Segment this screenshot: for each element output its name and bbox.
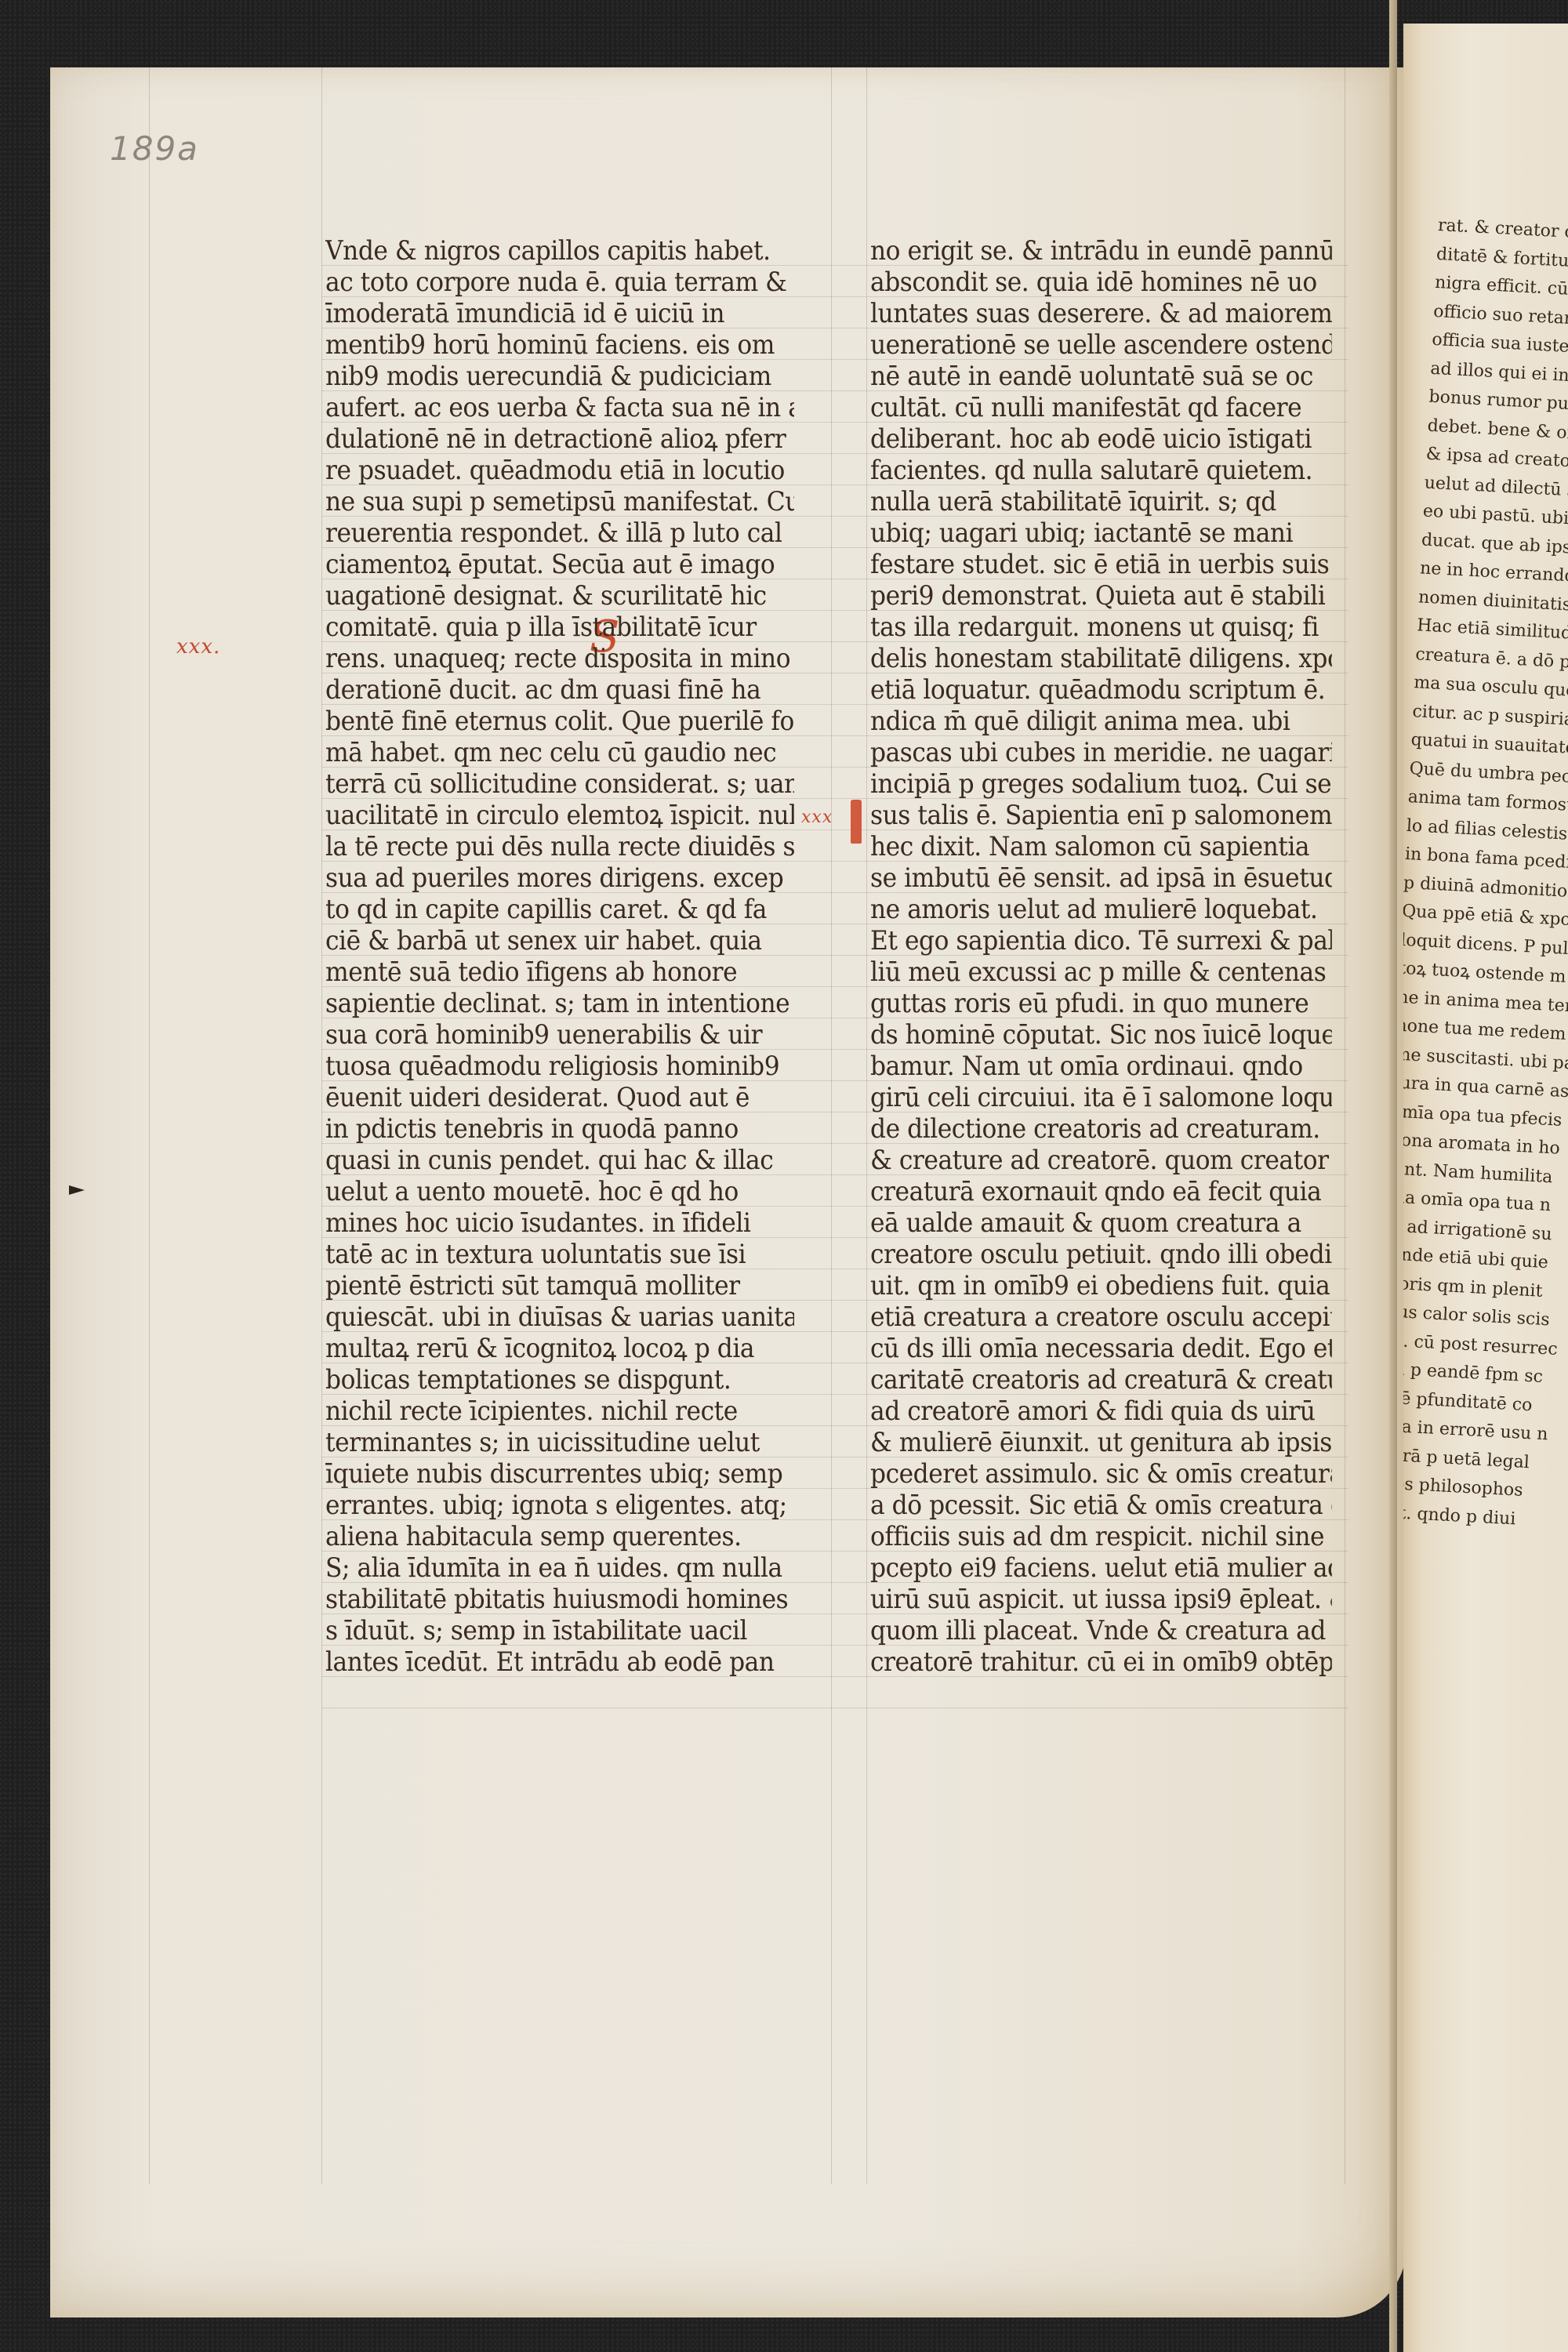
text-line: tatē ac in textura uoluntatis sue īsi <box>325 1239 794 1270</box>
text-line: bentē finē eternus colit. Que puerilē fo… <box>325 706 794 737</box>
text-line: creatorē trahitur. cū ei in omīb9 obtēpe <box>870 1646 1332 1678</box>
ruling-line <box>321 1708 1348 1708</box>
text-line: incipiā p greges sodalium tuoꝝ. Cui sen <box>870 768 1332 800</box>
text-line: cultāt. cū nulli manifestāt qd facere <box>870 392 1332 423</box>
text-line: abscondit se. quia idē homines nē uo <box>870 267 1332 298</box>
text-line: lantes īcedūt. Et intrādu ab eodē pan <box>325 1646 794 1678</box>
text-line: aufert. ac eos uerba & facta sua nē in a <box>325 392 794 423</box>
text-line: mines hoc uicio īsudantes. in īfideli <box>325 1207 794 1239</box>
text-line: comitatē. quia p illa īstabilitatē īcur <box>325 612 794 643</box>
margin-chapter-marker: xxx. <box>176 635 220 659</box>
text-line: se imbutū ēē sensit. ad ipsā in ēsuetudi <box>870 862 1332 894</box>
text-line: errantes. ubiq; ignota s eligentes. atq; <box>325 1490 794 1521</box>
text-line: & creature ad creatorē. quom creator <box>870 1145 1332 1176</box>
text-line: peri9 demonstrat. Quieta aut ē stabili <box>870 580 1332 612</box>
text-line: ne amoris uelut ad mulierē loquebat. <box>870 894 1332 925</box>
text-line: caritatē creatoris ad creaturā & creatur… <box>870 1364 1332 1396</box>
text-line: stabilitatē pbitatis huiusmodi homines <box>325 1584 794 1615</box>
ruling-line-col-b-left <box>866 67 867 2184</box>
text-line: mentib9 horū hominū faciens. eis om <box>325 329 794 361</box>
text-line: ac toto corpore nuda ē. quia terram & <box>325 267 794 298</box>
text-line: creatore osculu petiuit. qndo illi obedi <box>870 1239 1332 1270</box>
text-line: to qd in capite capillis caret. & qd fa <box>325 894 794 925</box>
text-line: guttas roris eū pfudi. in quo munere <box>870 988 1332 1019</box>
text-line: tas illa redarguit. monens ut quisq; fi <box>870 612 1332 643</box>
text-line: nib9 modis uerecundiā & pudiciciam <box>325 361 794 392</box>
text-line: in pdictis tenebris in quodā panno <box>325 1113 794 1145</box>
text-line: mā habet. qm nec celu cū gaudio nec <box>325 737 794 768</box>
text-column-b: no erigit se. & intrādu in eundē pannūab… <box>870 235 1372 1678</box>
text-line: girū celi circuiui. ita ē ī salomone loq… <box>870 1082 1332 1113</box>
margin-pointer-mark <box>69 1185 85 1195</box>
text-line: nē autē in eandē uoluntatē suā se oc <box>870 361 1332 392</box>
text-line: pientē ēstricti sūt tamquā molliter <box>325 1270 794 1301</box>
text-line: re psuadet. quēadmodu etiā in locutio <box>325 455 794 486</box>
text-line: & mulierē ēiunxit. ut genitura ab ipsis <box>870 1427 1332 1458</box>
text-line: sua corā hominib9 uenerabilis & uir <box>325 1019 794 1051</box>
text-line: la tē recte pui dēs nulla recte diuidēs … <box>325 831 794 862</box>
text-line: ne sua supi p semetipsū manifestat. Cui <box>325 486 794 517</box>
text-line: sua ad pueriles mores dirigens. excep <box>325 862 794 894</box>
text-line: eā ualde amauit & quom creatura a <box>870 1207 1332 1239</box>
text-line: delis honestam stabilitatē diligens. xpo <box>870 643 1332 674</box>
text-line: derationē ducit. ac dm quasi finē ha <box>325 674 794 706</box>
text-line: īmoderatā īmundiciā id ē uiciū in <box>325 298 794 329</box>
text-line: s īduūt. s; semp in īstabilitate uacil <box>325 1615 794 1646</box>
text-line: luntates suas deserere. & ad maiorem <box>870 298 1332 329</box>
text-line: rens. unaqueq; recte disposita in mino <box>325 643 794 674</box>
text-line: pcepto ei9 faciens. uelut etiā mulier ad <box>870 1552 1332 1584</box>
text-line: dulationē nē in detractionē alioꝝ pferr <box>325 423 794 455</box>
text-line: terminantes s; in uicissitudine uelut <box>325 1427 794 1458</box>
text-line: bamur. Nam ut omīa ordinaui. qndo <box>870 1051 1332 1082</box>
text-line: uenerationē se uelle ascendere ostendūt. <box>870 329 1332 361</box>
text-line: uagationē designat. & scurilitatē hic <box>325 580 794 612</box>
text-column-a: Vnde & nigros capillos capitis habet.ac … <box>325 235 835 1678</box>
text-line: hec dixit. Nam salomon cū sapientia <box>870 831 1332 862</box>
text-line: etiā creatura a creatore osculu accepit. <box>870 1301 1332 1333</box>
ruling-line-margin <box>149 67 150 2184</box>
text-line: tuosa quēadmodu religiosis hominib9 <box>325 1051 794 1082</box>
folio-number: 189a <box>110 129 199 168</box>
text-line: a dō pcessit. Sic etiā & omīs creatura c… <box>870 1490 1332 1521</box>
facing-page-text-column: rat. & creator creatditatē & fortitudinn… <box>1403 212 1568 1543</box>
text-line: terrā cū sollicitudine considerat. s; ua… <box>325 768 794 800</box>
text-line: nulla uerā stabilitatē īquirit. s; qd <box>870 486 1332 517</box>
text-line: etiā loquatur. quēadmodu scriptum ē. <box>870 674 1332 706</box>
text-line: ndica m̄ quē diligit anima mea. ubi <box>870 706 1332 737</box>
text-line: quiescāt. ubi in diuīsas & uarias uanita… <box>325 1301 794 1333</box>
text-line: reuerentia respondet. & illā p luto cal <box>325 517 794 549</box>
ruling-line-col-a-left <box>321 67 322 2184</box>
text-line: officiis suis ad dm respicit. nichil sin… <box>870 1521 1332 1552</box>
text-line: īquiete nubis discurrentes ubiq; semp <box>325 1458 794 1490</box>
text-line: uacilitatē in circulo elemtoꝝ īspicit. n… <box>325 800 794 831</box>
text-line: facientes. qd nulla salutarē quietem. <box>870 455 1332 486</box>
text-line: uelut a uento mouetē. hoc ē qd ho <box>325 1176 794 1207</box>
facing-page-recto: rat. & creator creatditatē & fortitudinn… <box>1403 24 1568 2352</box>
text-line: quom illi placeat. Vnde & creatura ad <box>870 1615 1332 1646</box>
red-initial-i <box>851 800 862 844</box>
text-line: sus talis ē. Sapientia enī p salomonem <box>870 800 1332 831</box>
text-line: S; alia īdumīta in ea n̄ uides. qm nulla <box>325 1552 794 1584</box>
text-line: ubiq; uagari ubiq; iactantē se mani <box>870 517 1332 549</box>
text-line: bolicas temptationes se dispgunt. <box>325 1364 794 1396</box>
text-line: sapientie declinat. s; tam in intentione <box>325 988 794 1019</box>
text-line: multaꝝ rerū & īcognitoꝝ locoꝝ p dia <box>325 1333 794 1364</box>
text-line: ds hominē cōputat. Sic nos īuicē loque <box>870 1019 1332 1051</box>
gutter-edge <box>1389 0 1397 2352</box>
text-line: uit. qm in omīb9 ei obediens fuit. quia <box>870 1270 1332 1301</box>
text-line: creaturā exornauit qndo eā fecit quia <box>870 1176 1332 1207</box>
text-line: pcederet assimulo. sic & omīs creatura <box>870 1458 1332 1490</box>
text-line: liū meū excussi ac p mille & centenas <box>870 956 1332 988</box>
text-line: uirū suū aspicit. ut iussa ipsi9 ēpleat.… <box>870 1584 1332 1615</box>
text-line: cū ds illi omīa necessaria dedit. Ego et… <box>870 1333 1332 1364</box>
text-line: mentē suā tedio īfigens ab honore <box>325 956 794 988</box>
text-line: nichil recte īcipientes. nichil recte <box>325 1396 794 1427</box>
text-line: deliberant. hoc ab eodē uicio īstigati <box>870 423 1332 455</box>
text-line: ēuenit uideri desiderat. Quod aut ē <box>325 1082 794 1113</box>
text-line: ciē & barbā ut senex uir habet. quia <box>325 925 794 956</box>
text-line: Et ego sapientia dico. Tē surrexi & pal <box>870 925 1332 956</box>
text-line: no erigit se. & intrādu in eundē pannū <box>870 235 1332 267</box>
text-line: de dilectione creatoris ad creaturam. <box>870 1113 1332 1145</box>
text-line: aliena habitacula semp querentes. <box>325 1521 794 1552</box>
text-line: Vnde & nigros capillos capitis habet. <box>325 235 794 267</box>
text-line: ad creatorē amori & fidi quia ds uirū <box>870 1396 1332 1427</box>
text-line: quasi in cunis pendet. qui hac & illac <box>325 1145 794 1176</box>
text-line: festare studet. sic ē etiā in uerbis sui… <box>870 549 1332 580</box>
text-line: ciamentoꝝ ēputat. Secūa aut ē imago <box>325 549 794 580</box>
text-line: pascas ubi cubes in meridie. ne uagari <box>870 737 1332 768</box>
